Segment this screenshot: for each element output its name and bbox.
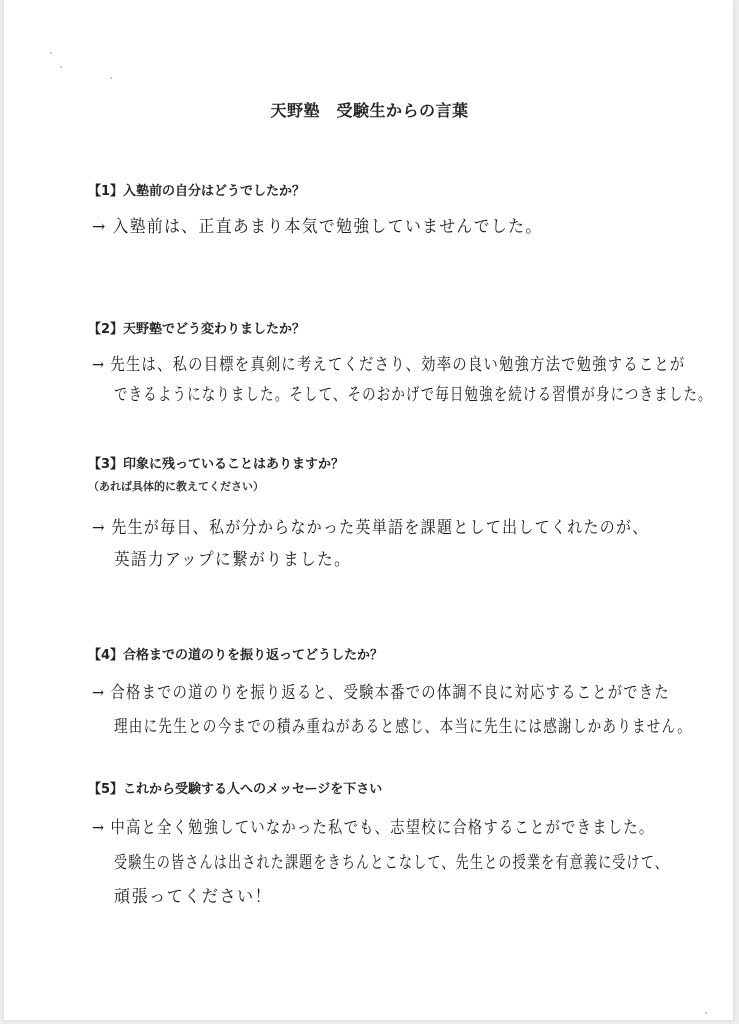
- answer-2-line-2: できるようになりました。そして、そのおかげで毎日勉強を続ける習慣が身につきました…: [114, 380, 713, 405]
- page-title: 天野塾 受験生からの言葉: [0, 98, 739, 121]
- answer-3-line-1: →先生が毎日、私が分からなかった英単語を課題として出してくれたのが、: [92, 513, 649, 538]
- question-2: 【2】天野塾でどう変わりましたか？: [88, 318, 305, 337]
- answer-1-line-1: →入塾前は、正直あまり本気で勉強していませんでした。: [92, 212, 543, 237]
- arrow-icon: →: [92, 217, 112, 237]
- scan-speck: [50, 52, 52, 54]
- answer-2-line-1: →先生は、私の目標を真剣に考えてくださり、効率の良い勉強方法で勉強することが: [92, 350, 685, 375]
- arrow-icon: →: [92, 683, 110, 703]
- answer-5-line-3: 頑張ってください！: [114, 882, 272, 907]
- question-5: 【5】これから受験する人へのメッセージを下さい: [88, 778, 382, 797]
- scan-speck: [110, 77, 112, 79]
- answer-4-line-2: 理由に先生との今までの積み重ねがあると感じ、本当に先生には感謝しかありません。: [114, 712, 692, 737]
- arrow-icon: →: [92, 818, 110, 838]
- question-3-hint: （あれば具体的に教えてください）: [88, 478, 264, 494]
- scan-speck: [60, 66, 62, 68]
- question-4: 【4】合格までの道のりを振り返ってどうしたか？: [88, 644, 383, 663]
- arrow-icon: →: [92, 518, 111, 538]
- arrow-icon: →: [92, 355, 110, 375]
- answer-4-line-1: →合格までの道のりを振り返ると、受験本番での体調不良に対応することができた: [92, 678, 670, 703]
- answer-3-line-2: 英語力アップに繋がりました。: [114, 545, 351, 570]
- question-1: 【1】入塾前の自分はどうでしたか？: [88, 180, 305, 199]
- scan-speck: [705, 1012, 707, 1014]
- question-3: 【3】印象に残っていることはありますか？: [88, 453, 344, 472]
- answer-5-line-1: →中高と全く勉強していなかった私でも、志望校に合格することができました。: [92, 813, 654, 838]
- answer-5-line-2: 受験生の皆さんは出された課題をきちんとこなして、先生との授業を有意義に受けて、: [114, 848, 669, 873]
